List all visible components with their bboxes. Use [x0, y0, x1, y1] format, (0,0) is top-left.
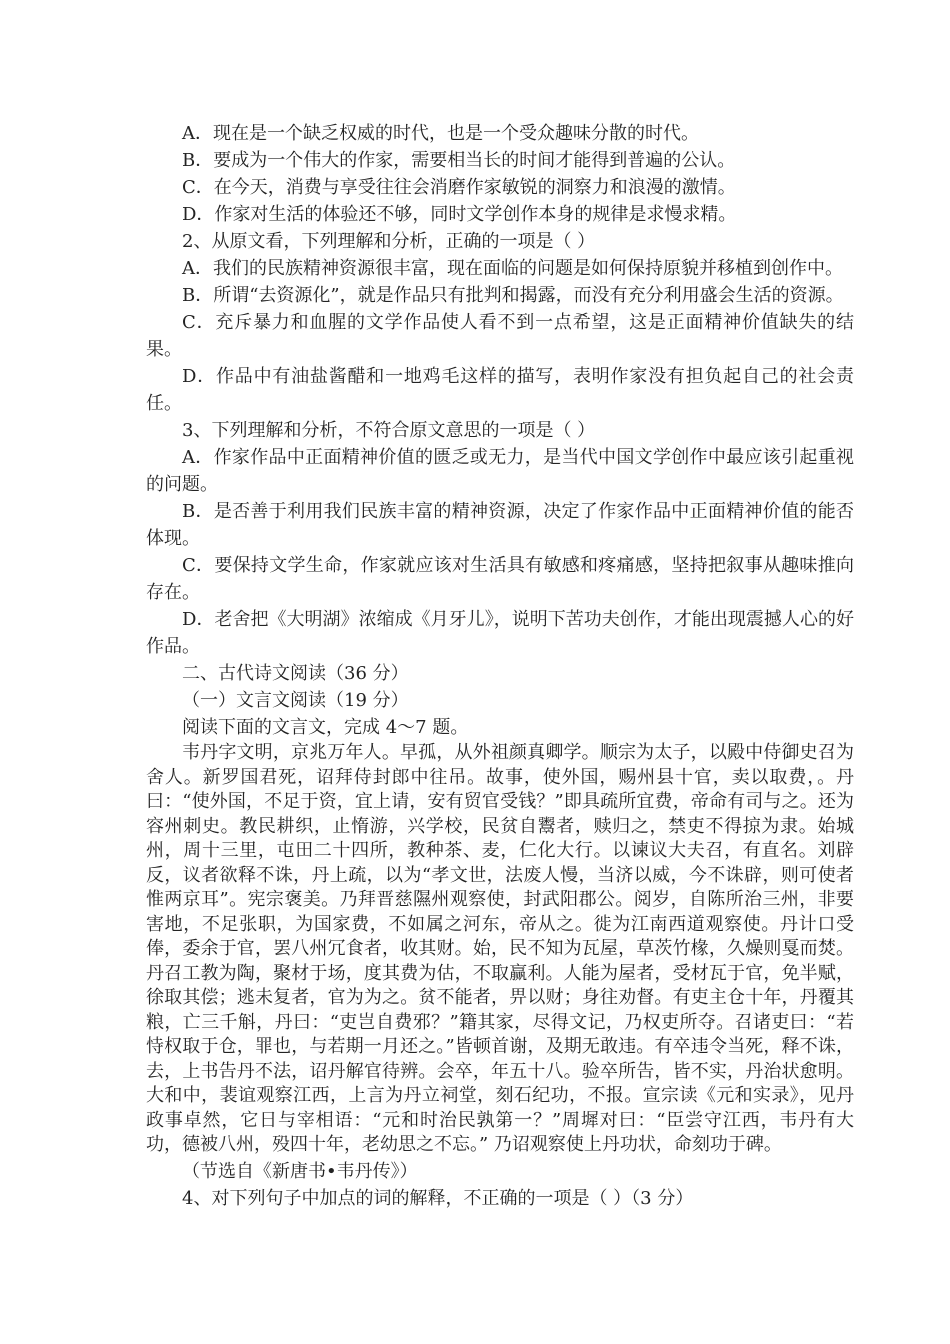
q4-stem: 4、对下列句子中加点的词的解释，不正确的一项是（ ）（3 分） — [146, 1185, 854, 1212]
classical-reading-block: 二、古代诗文阅读（36 分） （一）文言文阅读（19 分） 阅读下面的文言文，完… — [146, 660, 854, 1185]
classical-passage: 韦丹字文明，京兆万年人。早孤，从外祖颜真卿学。顺宗为太子，以殿中侍御史召为舍人。… — [146, 741, 854, 1158]
section-2-heading: 二、古代诗文阅读（36 分） — [146, 660, 854, 687]
q3-stem: 3、下列理解和分析，不符合原文意思的一项是（ ） — [146, 417, 854, 444]
reading-instruction: 阅读下面的文言文，完成 4～7 题。 — [146, 714, 854, 741]
q1-option-c: C．在今天，消费与享受往往会消磨作家敏锐的洞察力和浪漫的激情。 — [146, 174, 854, 201]
q1-option-a: A．现在是一个缺乏权威的时代，也是一个受众趣味分散的时代。 — [146, 120, 854, 147]
question-1-options-block: A．现在是一个缺乏权威的时代，也是一个受众趣味分散的时代。 B．要成为一个伟大的… — [146, 120, 854, 228]
q2-stem: 2、从原文看，下列理解和分析，正确的一项是（ ） — [146, 228, 854, 255]
passage-source: （节选自《新唐书•韦丹传》） — [146, 1158, 854, 1185]
question-2-block: 2、从原文看，下列理解和分析，正确的一项是（ ） A．我们的民族精神资源很丰富，… — [146, 228, 854, 417]
q3-option-a: A．作家作品中正面精神价值的匮乏或无力，是当代中国文学创作中最应该引起重视的问题… — [146, 444, 854, 498]
question-3-block: 3、下列理解和分析，不符合原文意思的一项是（ ） A．作家作品中正面精神价值的匮… — [146, 417, 854, 660]
q2-option-d: D．作品中有油盐酱醋和一地鸡毛这样的描写，表明作家没有担负起自己的社会责任。 — [146, 363, 854, 417]
q2-option-a: A．我们的民族精神资源很丰富，现在面临的问题是如何保持原貌并移植到创作中。 — [146, 255, 854, 282]
q1-option-b: B．要成为一个伟大的作家，需要相当长的时间才能得到普遍的公认。 — [146, 147, 854, 174]
q1-option-d: D．作家对生活的体验还不够，同时文学创作本身的规律是求慢求精。 — [146, 201, 854, 228]
section-2-subheading: （一）文言文阅读（19 分） — [146, 687, 854, 714]
q2-option-c: C．充斥暴力和血腥的文学作品使人看不到一点希望，这是正面精神价值缺失的结果。 — [146, 309, 854, 363]
q3-option-c: C．要保持文学生命，作家就应该对生活具有敏感和疼痛感，坚持把叙事从趣味推向存在。 — [146, 552, 854, 606]
exam-document-page: A．现在是一个缺乏权威的时代，也是一个受众趣味分散的时代。 B．要成为一个伟大的… — [0, 0, 950, 1344]
q3-option-d: D．老舍把《大明湖》浓缩成《月牙儿》，说明下苦功夫创作，才能出现震撼人心的好作品… — [146, 606, 854, 660]
q3-option-b: B．是否善于利用我们民族丰富的精神资源，决定了作家作品中正面精神价值的能否体现。 — [146, 498, 854, 552]
q2-option-b: B．所谓“去资源化”，就是作品只有批判和揭露，而没有充分利用盛会生活的资源。 — [146, 282, 854, 309]
